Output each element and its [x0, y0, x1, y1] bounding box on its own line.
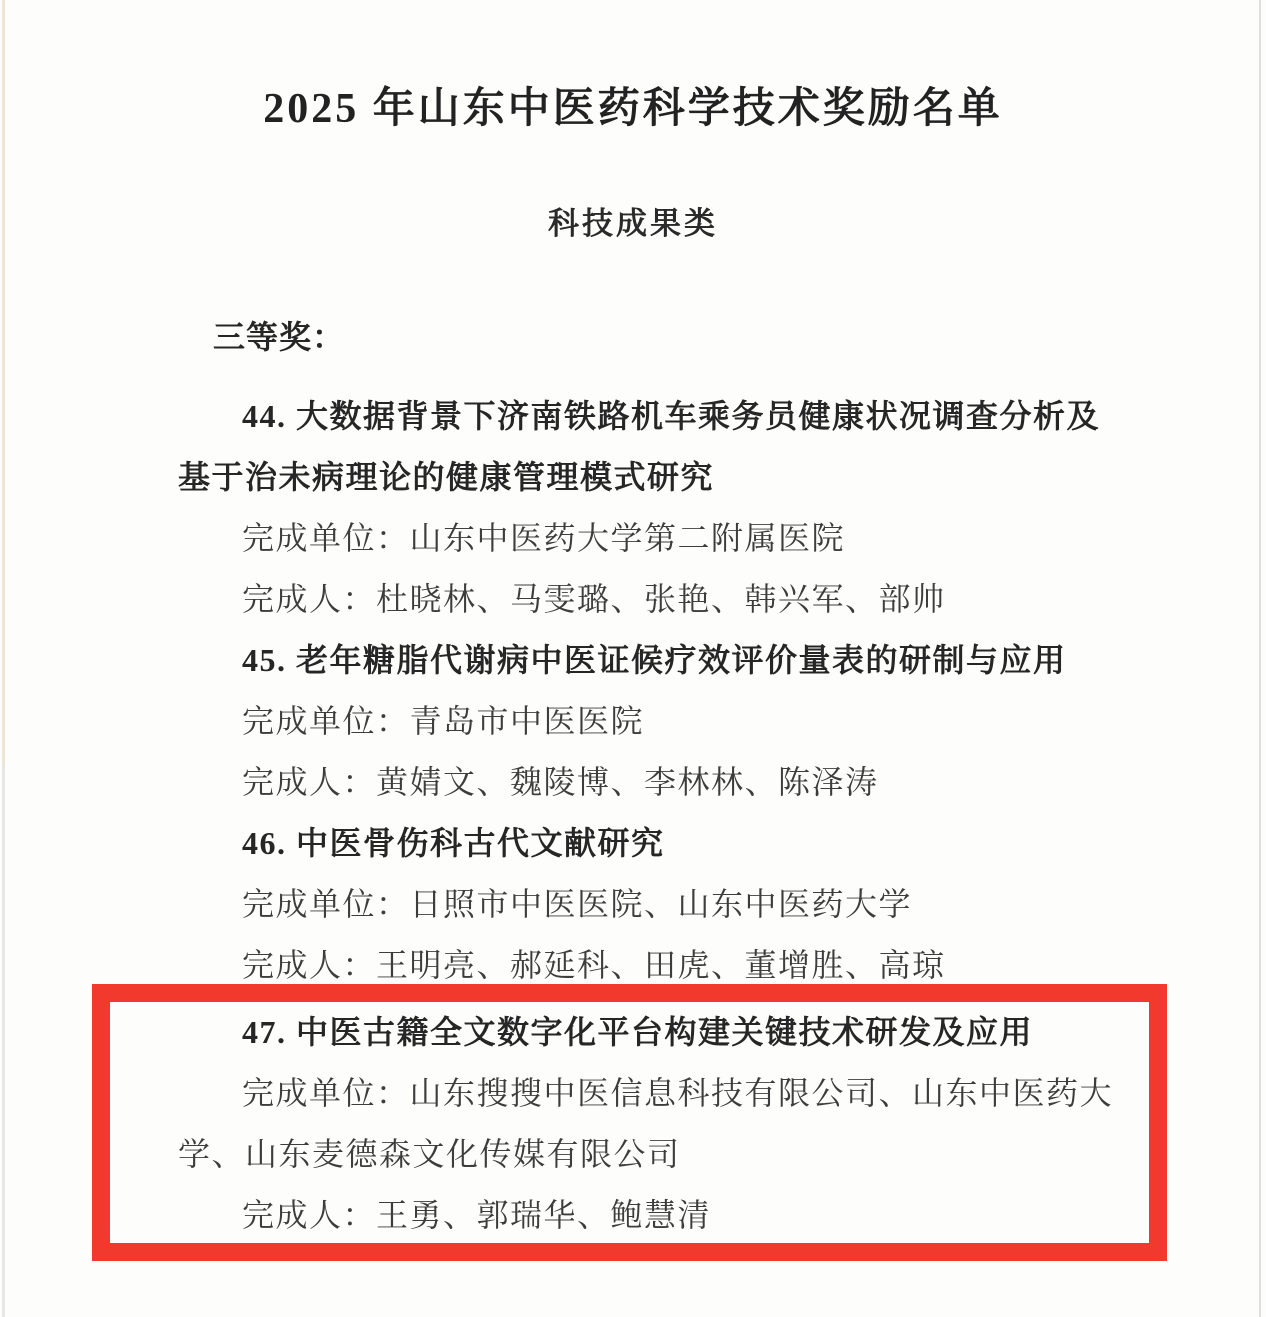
prize-tier-label: 三等奖：	[178, 307, 1188, 368]
entry-detail-line: 完成单位：山东搜搜中医信息科技有限公司、山东中医药大	[178, 1063, 1188, 1124]
document-body: 三等奖： 44. 大数据背景下济南铁路机车乘务员健康状况调查分析及基于治未病理论…	[178, 307, 1188, 1246]
document-page: 2025 年山东中医药科学技术奖励名单 科技成果类 三等奖： 44. 大数据背景…	[0, 0, 1266, 1317]
entry-title-line: 46. 中医骨伤科古代文献研究	[178, 813, 1188, 874]
document-title: 2025 年山东中医药科学技术奖励名单	[0, 0, 1266, 134]
entry-detail-line: 完成人：杜晓林、马雯璐、张艳、韩兴军、部帅	[178, 569, 1188, 630]
entry-detail-line: 完成单位：青岛市中医医院	[178, 691, 1188, 752]
award-entry-47: 47. 中医古籍全文数字化平台构建关键技术研发及应用完成单位：山东搜搜中医信息科…	[178, 1002, 1188, 1246]
entry-title-line: 基于治未病理论的健康管理模式研究	[178, 447, 1188, 508]
entry-title-line: 45. 老年糖脂代谢病中医证候疗效评价量表的研制与应用	[178, 630, 1188, 691]
page-edge-right	[1259, 0, 1261, 1317]
entry-detail-line: 学、山东麦德森文化传媒有限公司	[178, 1124, 1188, 1185]
entry-title-line: 47. 中医古籍全文数字化平台构建关键技术研发及应用	[178, 1002, 1188, 1063]
entry-title-line: 44. 大数据背景下济南铁路机车乘务员健康状况调查分析及	[178, 386, 1188, 447]
entry-detail-line: 完成单位：山东中医药大学第二附属医院	[178, 508, 1188, 569]
entry-detail-line: 完成人：王明亮、郝延科、田虎、董增胜、高琼	[178, 935, 1188, 996]
entry-detail-line: 完成人：王勇、郭瑞华、鲍慧清	[178, 1185, 1188, 1246]
entry-detail-line: 完成单位：日照市中医医院、山东中医药大学	[178, 874, 1188, 935]
award-entry-45: 45. 老年糖脂代谢病中医证候疗效评价量表的研制与应用完成单位：青岛市中医医院完…	[178, 630, 1188, 813]
entry-detail-line: 完成人：黄婧文、魏陵博、李林林、陈泽涛	[178, 752, 1188, 813]
document-category-heading: 科技成果类	[0, 202, 1266, 246]
page-edge-left-bottom	[2, 765, 5, 1317]
award-entry-44: 44. 大数据背景下济南铁路机车乘务员健康状况调查分析及基于治未病理论的健康管理…	[178, 386, 1188, 630]
page-edge-left-top	[2, 0, 5, 765]
entries: 44. 大数据背景下济南铁路机车乘务员健康状况调查分析及基于治未病理论的健康管理…	[178, 386, 1188, 1246]
award-entry-46: 46. 中医骨伤科古代文献研究完成单位：日照市中医医院、山东中医药大学完成人：王…	[178, 813, 1188, 996]
